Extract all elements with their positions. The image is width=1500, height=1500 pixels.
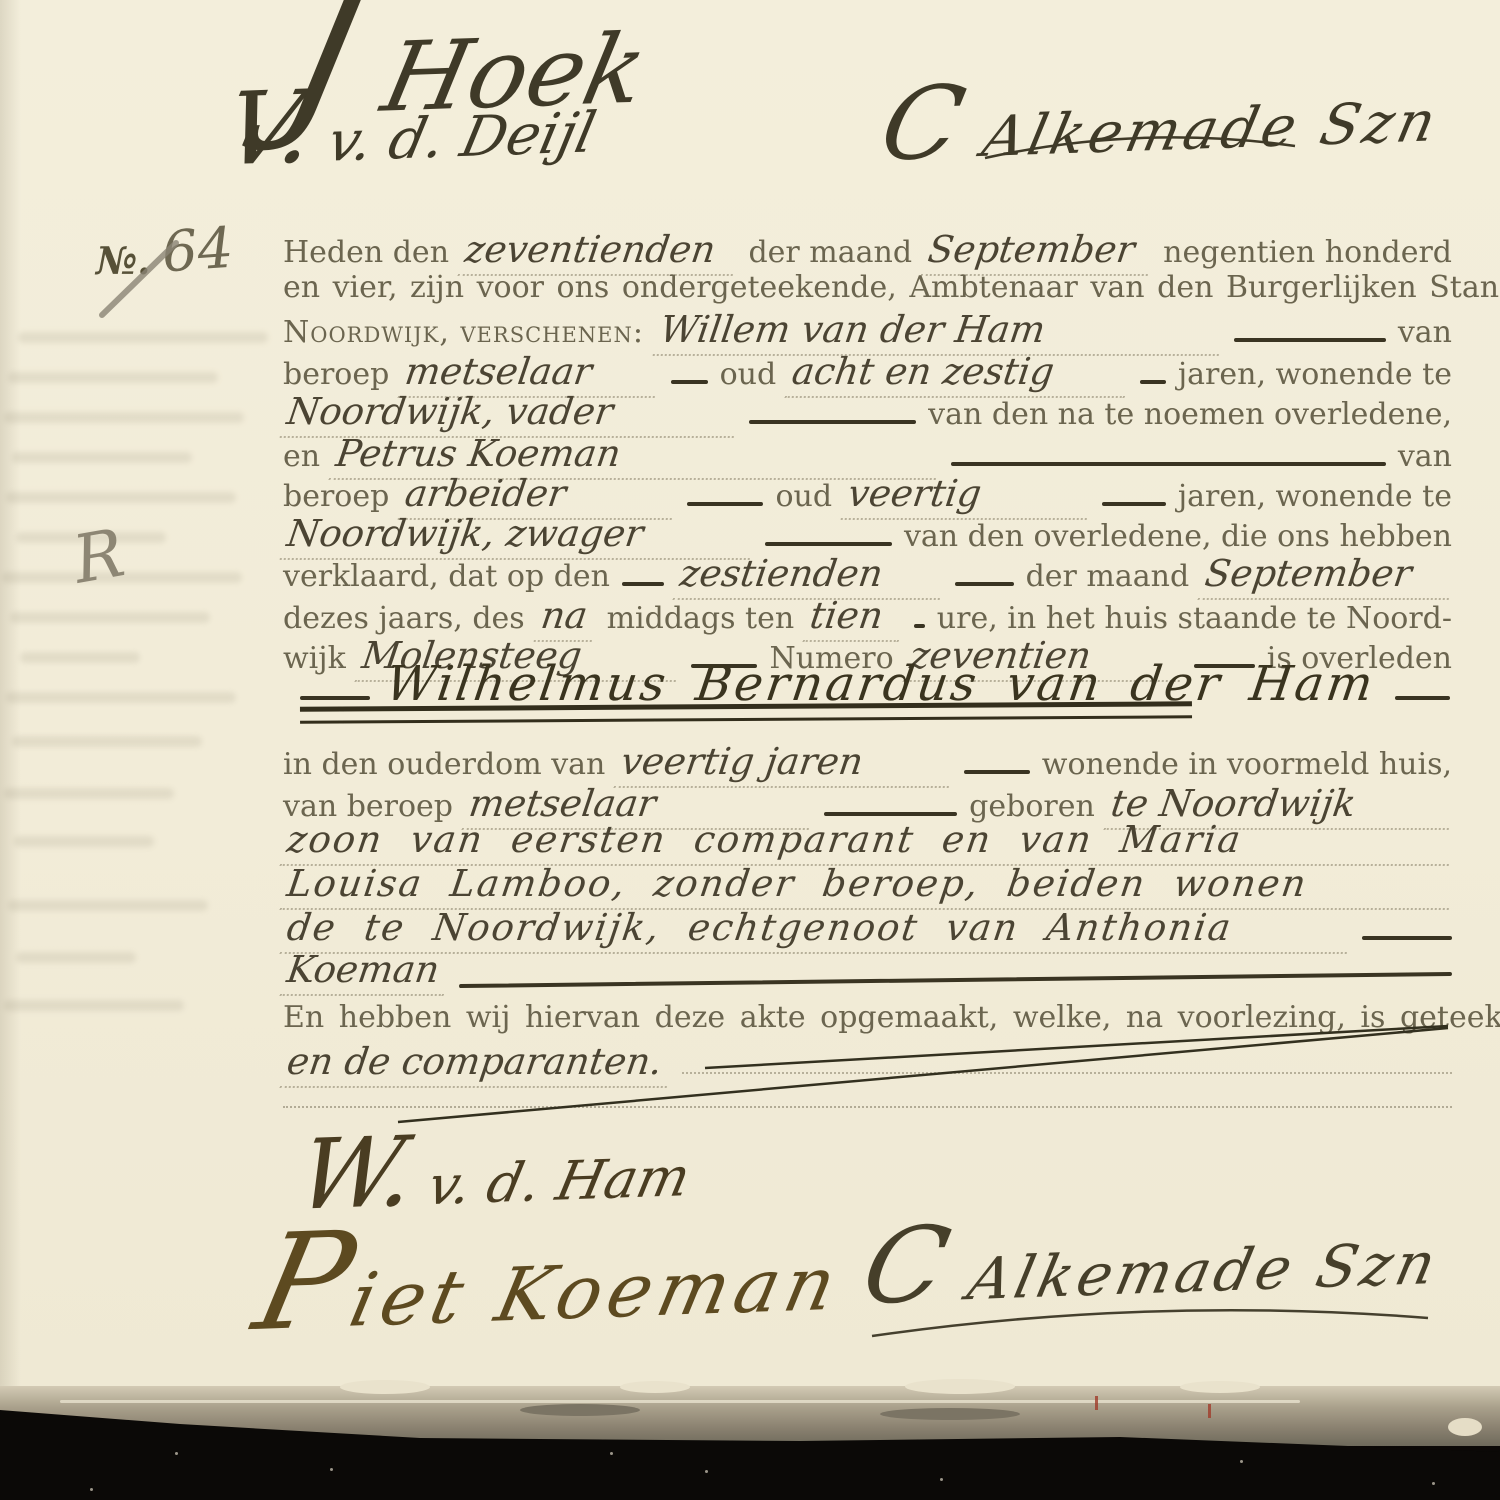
act-line-17: de te Noordwijk, echtgenoot van Anthonia xyxy=(283,906,1452,954)
bleed-through-mark xyxy=(18,332,268,343)
edge-highlight xyxy=(60,1400,1300,1403)
dust-speck xyxy=(90,1488,93,1491)
printed-text: beroep xyxy=(283,357,389,392)
printed-text: negentien honderd xyxy=(1163,235,1452,270)
dust-speck xyxy=(705,1470,708,1473)
act-line-13: in den ouderdom van veertig jaren wonend… xyxy=(283,740,1452,788)
dust-speck xyxy=(940,1478,943,1481)
act-number: 64 xyxy=(160,216,236,286)
printed-text: der maand xyxy=(1026,559,1190,594)
bleed-through-mark xyxy=(12,452,192,463)
top-right-official-signature: C Alkemade Szn xyxy=(871,46,1454,183)
fill-rule xyxy=(824,812,957,816)
document-page: J Hoek V. v. d. Deijl C Alkemade Szn №. … xyxy=(0,0,1500,1392)
dust-speck xyxy=(610,1452,613,1455)
printed-text: oud xyxy=(775,479,832,514)
bleed-through-mark xyxy=(14,836,154,847)
blank-dotted-line xyxy=(283,1106,1452,1108)
fill-rule xyxy=(1140,380,1166,384)
paper-fiber xyxy=(1180,1381,1260,1393)
bleed-through-mark xyxy=(4,412,244,423)
fill-rule xyxy=(914,624,925,628)
printed-text: jaren, wonende te xyxy=(1178,479,1452,514)
paper-fiber xyxy=(1448,1418,1482,1436)
act-line-5: Noordwijk, vader van den na te noemen ov… xyxy=(283,390,1452,438)
printed-text: ure, in het huis staande te Noord- xyxy=(937,601,1452,636)
printed-text: middags ten xyxy=(607,601,795,636)
fill-rule xyxy=(1234,338,1386,342)
signature-official: C Alkemade Szn xyxy=(853,1186,1455,1328)
printed-text: dezes jaars, des xyxy=(283,601,525,636)
printed-text: van xyxy=(1398,439,1452,474)
handwritten-spouse-2: Koeman xyxy=(280,948,451,996)
dust-speck xyxy=(1240,1460,1243,1463)
handwritten-month: September xyxy=(921,228,1155,276)
printed-text: Heden den xyxy=(283,235,449,270)
handwritten-declarant-1: Willem van der Ham xyxy=(653,308,1225,356)
act-line-20: en de comparanten. xyxy=(283,1040,1452,1088)
printed-text: van den na te noemen overledene, xyxy=(928,397,1452,432)
fill-rule xyxy=(951,462,1386,466)
fill-rule xyxy=(687,502,763,506)
printed-closing: En hebben wij hiervan deze akte opgemaak… xyxy=(283,1000,1500,1035)
fill-rule xyxy=(622,582,664,586)
act-line-19: En hebben wij hiervan deze akte opgemaak… xyxy=(283,1000,1452,1035)
bleed-through-mark xyxy=(6,492,236,503)
fill-rule xyxy=(1102,502,1165,506)
printed-text: der maand xyxy=(748,235,912,270)
printed-text: wonende in voormeld huis, xyxy=(1042,747,1452,782)
handwritten-day: zeventienden xyxy=(458,228,740,276)
handwritten-closing: en de comparanten. xyxy=(280,1040,673,1088)
bleed-through-mark xyxy=(20,652,140,663)
fill-rule xyxy=(955,582,1014,586)
binding-thread xyxy=(1095,1396,1098,1410)
paper-fiber xyxy=(340,1380,430,1394)
act-line-3: Noordwijk, verschenen: Willem van der Ha… xyxy=(283,308,1452,356)
printed-text: van den overledene, die ons hebben xyxy=(904,519,1452,554)
fill-rule xyxy=(749,420,916,424)
scanned-death-record: J Hoek V. v. d. Deijl C Alkemade Szn №. … xyxy=(0,0,1500,1500)
dust-speck xyxy=(175,1452,178,1455)
handwritten-residence-relation: Noordwijk, vader xyxy=(280,390,741,438)
printed-municipality: Noordwijk, verschenen: xyxy=(283,315,644,350)
act-line-9: verklaard, dat op den zestienden der maa… xyxy=(283,552,1452,600)
handwritten-spouse-1: de te Noordwijk, echtgenoot van Anthonia xyxy=(280,906,1354,954)
handwritten-death-month: September xyxy=(1198,552,1456,600)
binding-thread xyxy=(1208,1404,1211,1418)
printed-text: van xyxy=(1398,315,1452,350)
bleed-through-mark xyxy=(4,788,174,799)
act-line-18: Koeman xyxy=(283,948,1452,996)
handwritten-age-at-death: veertig jaren xyxy=(614,740,956,788)
bleed-through-mark xyxy=(8,900,208,911)
fill-rule xyxy=(671,380,708,384)
act-line-1: Heden den zeventienden der maand Septemb… xyxy=(283,228,1452,276)
printed-text: in den ouderdom van xyxy=(283,747,605,782)
bleed-through-mark xyxy=(10,612,210,623)
fill-rule xyxy=(459,972,1452,988)
dust-speck xyxy=(330,1468,333,1471)
fill-rule xyxy=(1395,696,1450,700)
printed-text: beroep xyxy=(283,479,389,514)
act-number-label: №. xyxy=(96,238,151,283)
bleed-through-mark xyxy=(12,736,202,747)
margin-pencil-mark: R xyxy=(68,514,130,598)
fill-rule xyxy=(300,696,370,700)
printed-text: verklaard, dat op den xyxy=(283,559,610,594)
paper-fiber xyxy=(905,1379,1015,1394)
dust-speck xyxy=(1432,1482,1435,1485)
top-left-signature: V. v. d. Deijl xyxy=(214,58,611,189)
printed-text: en vier, zijn voor ons ondergeteekende, … xyxy=(283,270,1500,305)
bleed-through-mark xyxy=(4,1000,184,1011)
printed-text: jaren, wonende te xyxy=(1178,357,1452,392)
dotted-fill xyxy=(682,1070,1452,1074)
printed-text: oud xyxy=(720,357,777,392)
printed-text: en xyxy=(283,439,320,474)
bleed-through-mark xyxy=(6,692,236,703)
edge-shadow xyxy=(880,1408,1020,1420)
fill-rule xyxy=(765,542,892,546)
fill-rule xyxy=(1362,936,1452,940)
bleed-through-mark xyxy=(8,372,218,383)
handwritten-parents-1: zoon van eersten comparant en van Maria xyxy=(280,818,1456,866)
handwritten-death-day: zestienden xyxy=(673,552,946,600)
edge-shadow xyxy=(520,1404,640,1416)
act-line-15: zoon van eersten comparant en van Maria xyxy=(283,818,1452,866)
signature-declarant-2: Piet Koeman xyxy=(243,1186,861,1361)
bleed-through-mark xyxy=(16,952,136,963)
act-line-16: Louisa Lamboo, zonder beroep, beiden won… xyxy=(283,862,1452,910)
act-line-2: en vier, zijn voor ons ondergeteekende, … xyxy=(283,270,1452,305)
paper-fiber xyxy=(620,1381,690,1393)
fill-rule xyxy=(964,770,1029,774)
handwritten-parents-2: Louisa Lamboo, zonder beroep, beiden won… xyxy=(280,862,1456,910)
